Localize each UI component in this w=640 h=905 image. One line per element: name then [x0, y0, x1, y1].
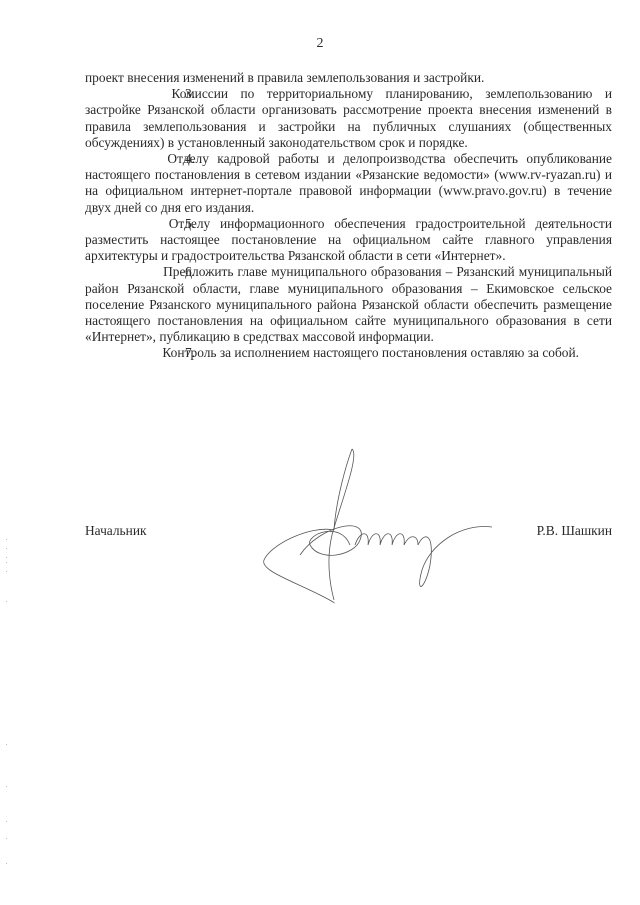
- paragraph-text: Контроль за исполнением настоящего поста…: [162, 345, 579, 360]
- paragraph-number: 7.: [135, 345, 159, 361]
- paragraph-number: 3.: [135, 86, 159, 102]
- paragraph-text: Предложить главе муниципального образова…: [85, 264, 612, 344]
- paragraph-7: 7. Контроль за исполнением настоящего по…: [85, 345, 612, 361]
- paragraph-5: 5. Отделу информационного обеспечения гр…: [85, 216, 612, 265]
- paragraph-number: 6.: [135, 264, 159, 280]
- page-number: 2: [0, 36, 640, 52]
- document-body: проект внесения изменений в правила земл…: [85, 70, 612, 362]
- paragraph-text: Отделу кадровой работы и делопроизводств…: [85, 151, 612, 215]
- signatory-name: Р.В. Шашкин: [537, 523, 612, 539]
- paragraph-text: Комиссии по территориальному планировани…: [85, 86, 612, 150]
- paragraph-6: 6. Предложить главе муниципального образ…: [85, 264, 612, 345]
- paragraph-4: 4. Отделу кадровой работы и делопроизвод…: [85, 151, 612, 216]
- paragraph-number: 5.: [135, 216, 159, 232]
- scan-artifacts: [6, 0, 10, 905]
- signatory-title: Начальник: [85, 523, 147, 539]
- handwritten-signature: [260, 445, 500, 605]
- paragraph-continuation: проект внесения изменений в правила земл…: [85, 70, 612, 86]
- paragraph-3: 3. Комиссии по территориальному планиров…: [85, 86, 612, 151]
- paragraph-text: Отделу информационного обеспечения градо…: [85, 216, 612, 263]
- paragraph-number: 4.: [135, 151, 159, 167]
